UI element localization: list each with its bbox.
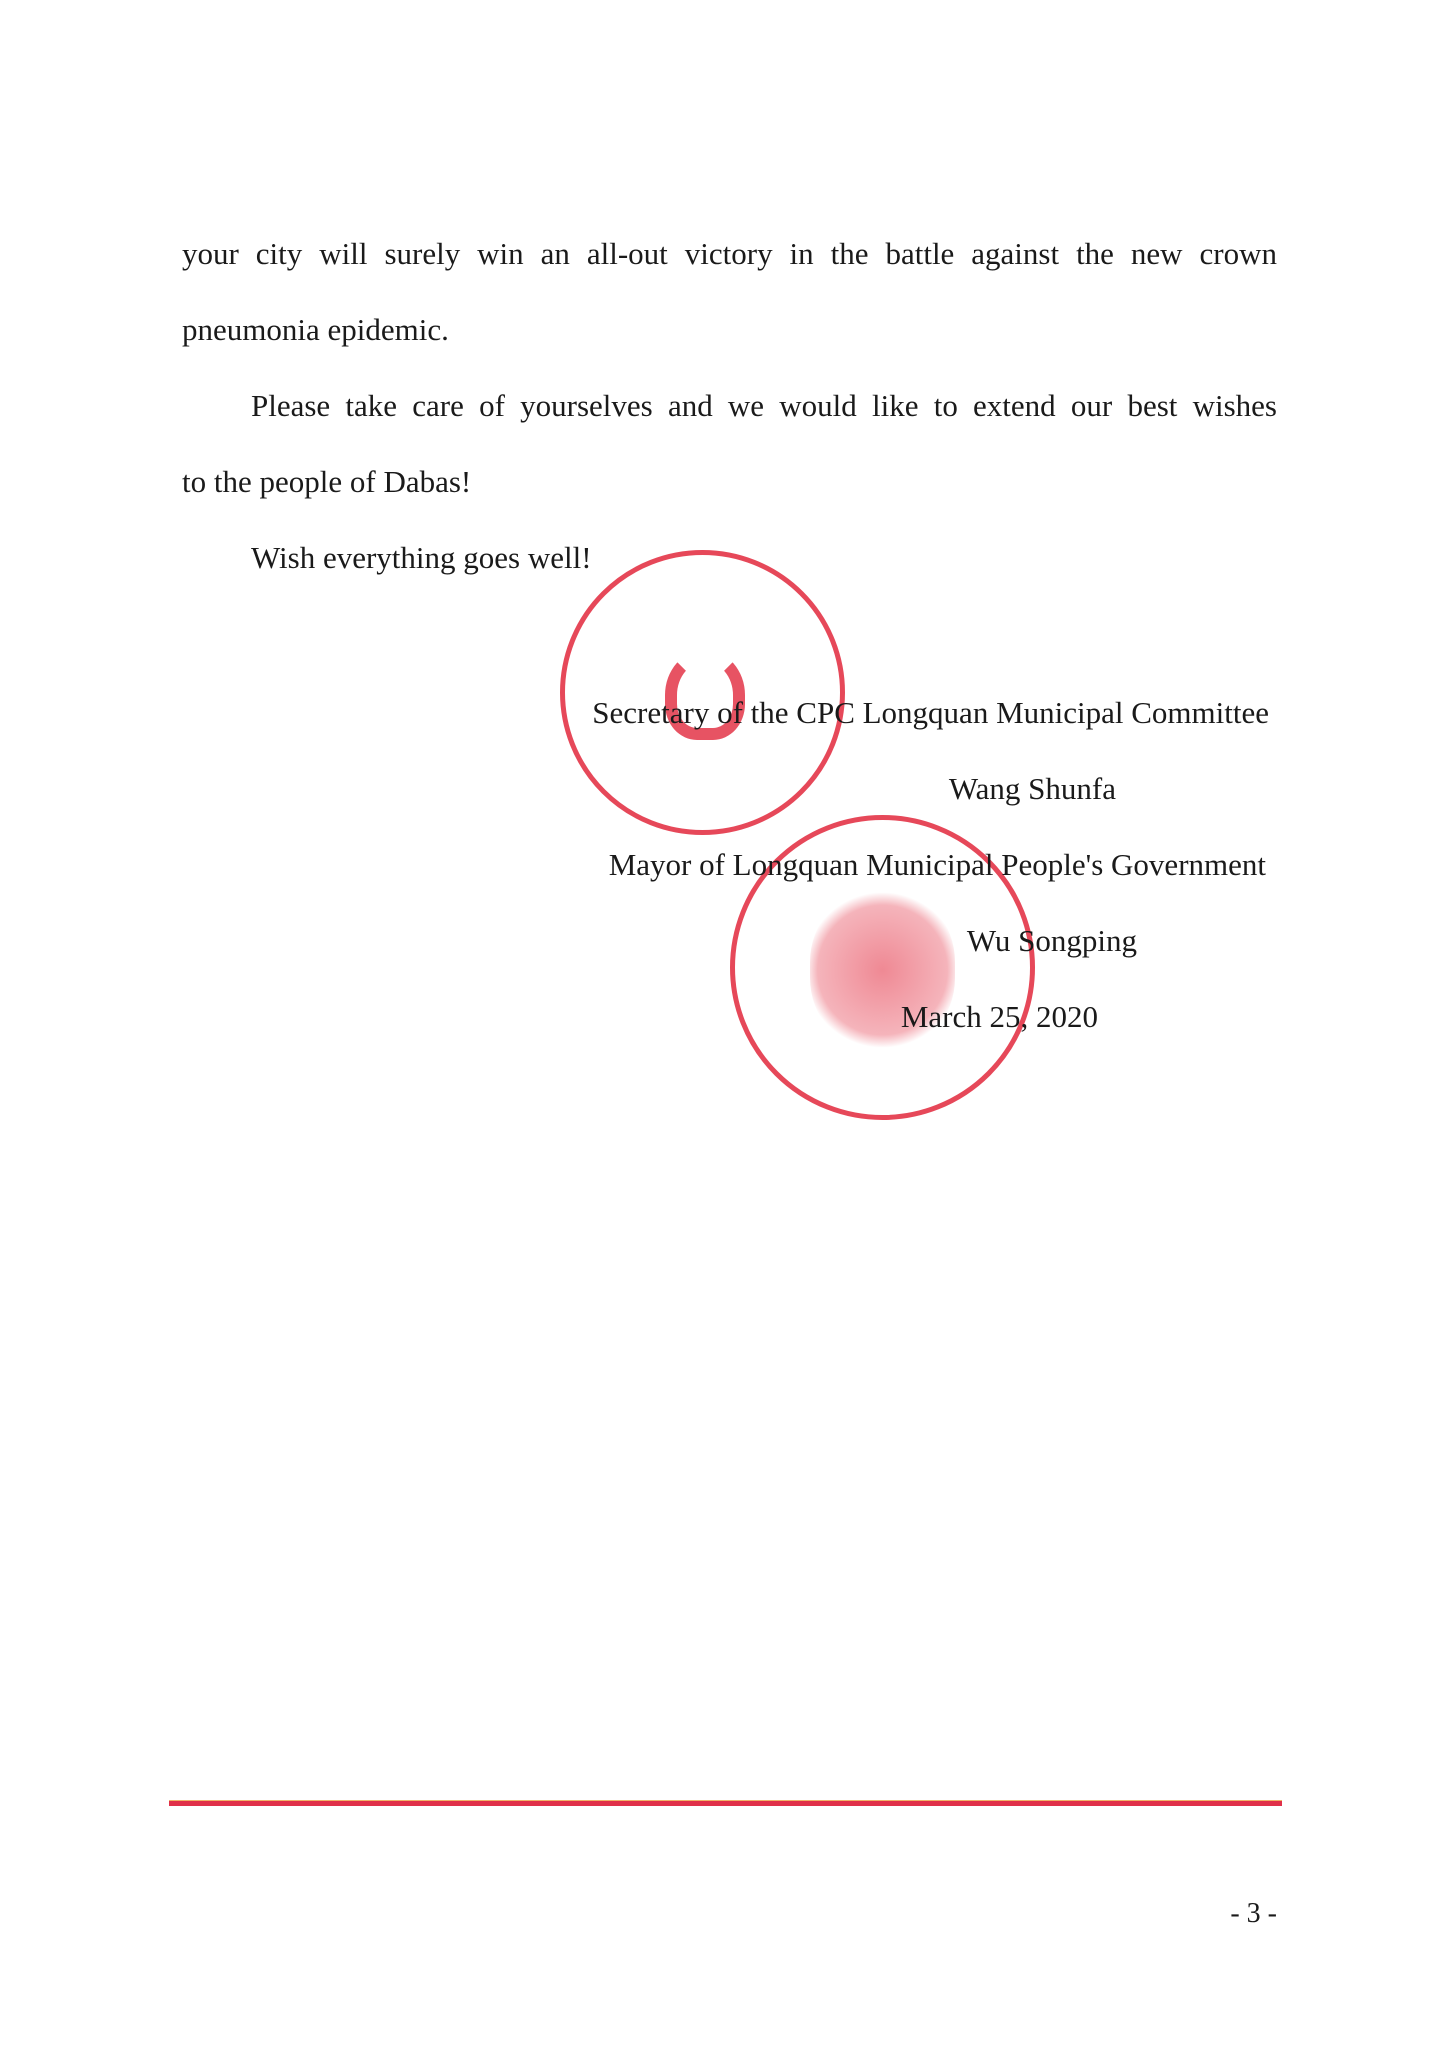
paragraph-line-2: pneumonia epidemic. (182, 314, 449, 345)
footer-red-rule (169, 1800, 1282, 1806)
signatory-name-1: Wang Shunfa (949, 773, 1116, 804)
paragraph-line-1: your city will surely win an all-out vic… (182, 238, 1277, 269)
paragraph-line-5: Wish everything goes well! (251, 542, 592, 573)
paragraph-line-4: to the people of Dabas! (182, 466, 471, 497)
paragraph-line-3: Please take care of yourselves and we wo… (251, 390, 1277, 421)
signatory-name-2: Wu Songping (967, 925, 1137, 956)
signatory-title-1: Secretary of the CPC Longquan Municipal … (592, 697, 1269, 728)
signature-date: March 25, 2020 (901, 1001, 1098, 1032)
signatory-title-2: Mayor of Longquan Municipal People's Gov… (609, 849, 1266, 880)
party-committee-seal: 中国共产党龙泉市委员会 (560, 550, 845, 835)
page-number: - 3 - (1230, 1900, 1277, 1928)
